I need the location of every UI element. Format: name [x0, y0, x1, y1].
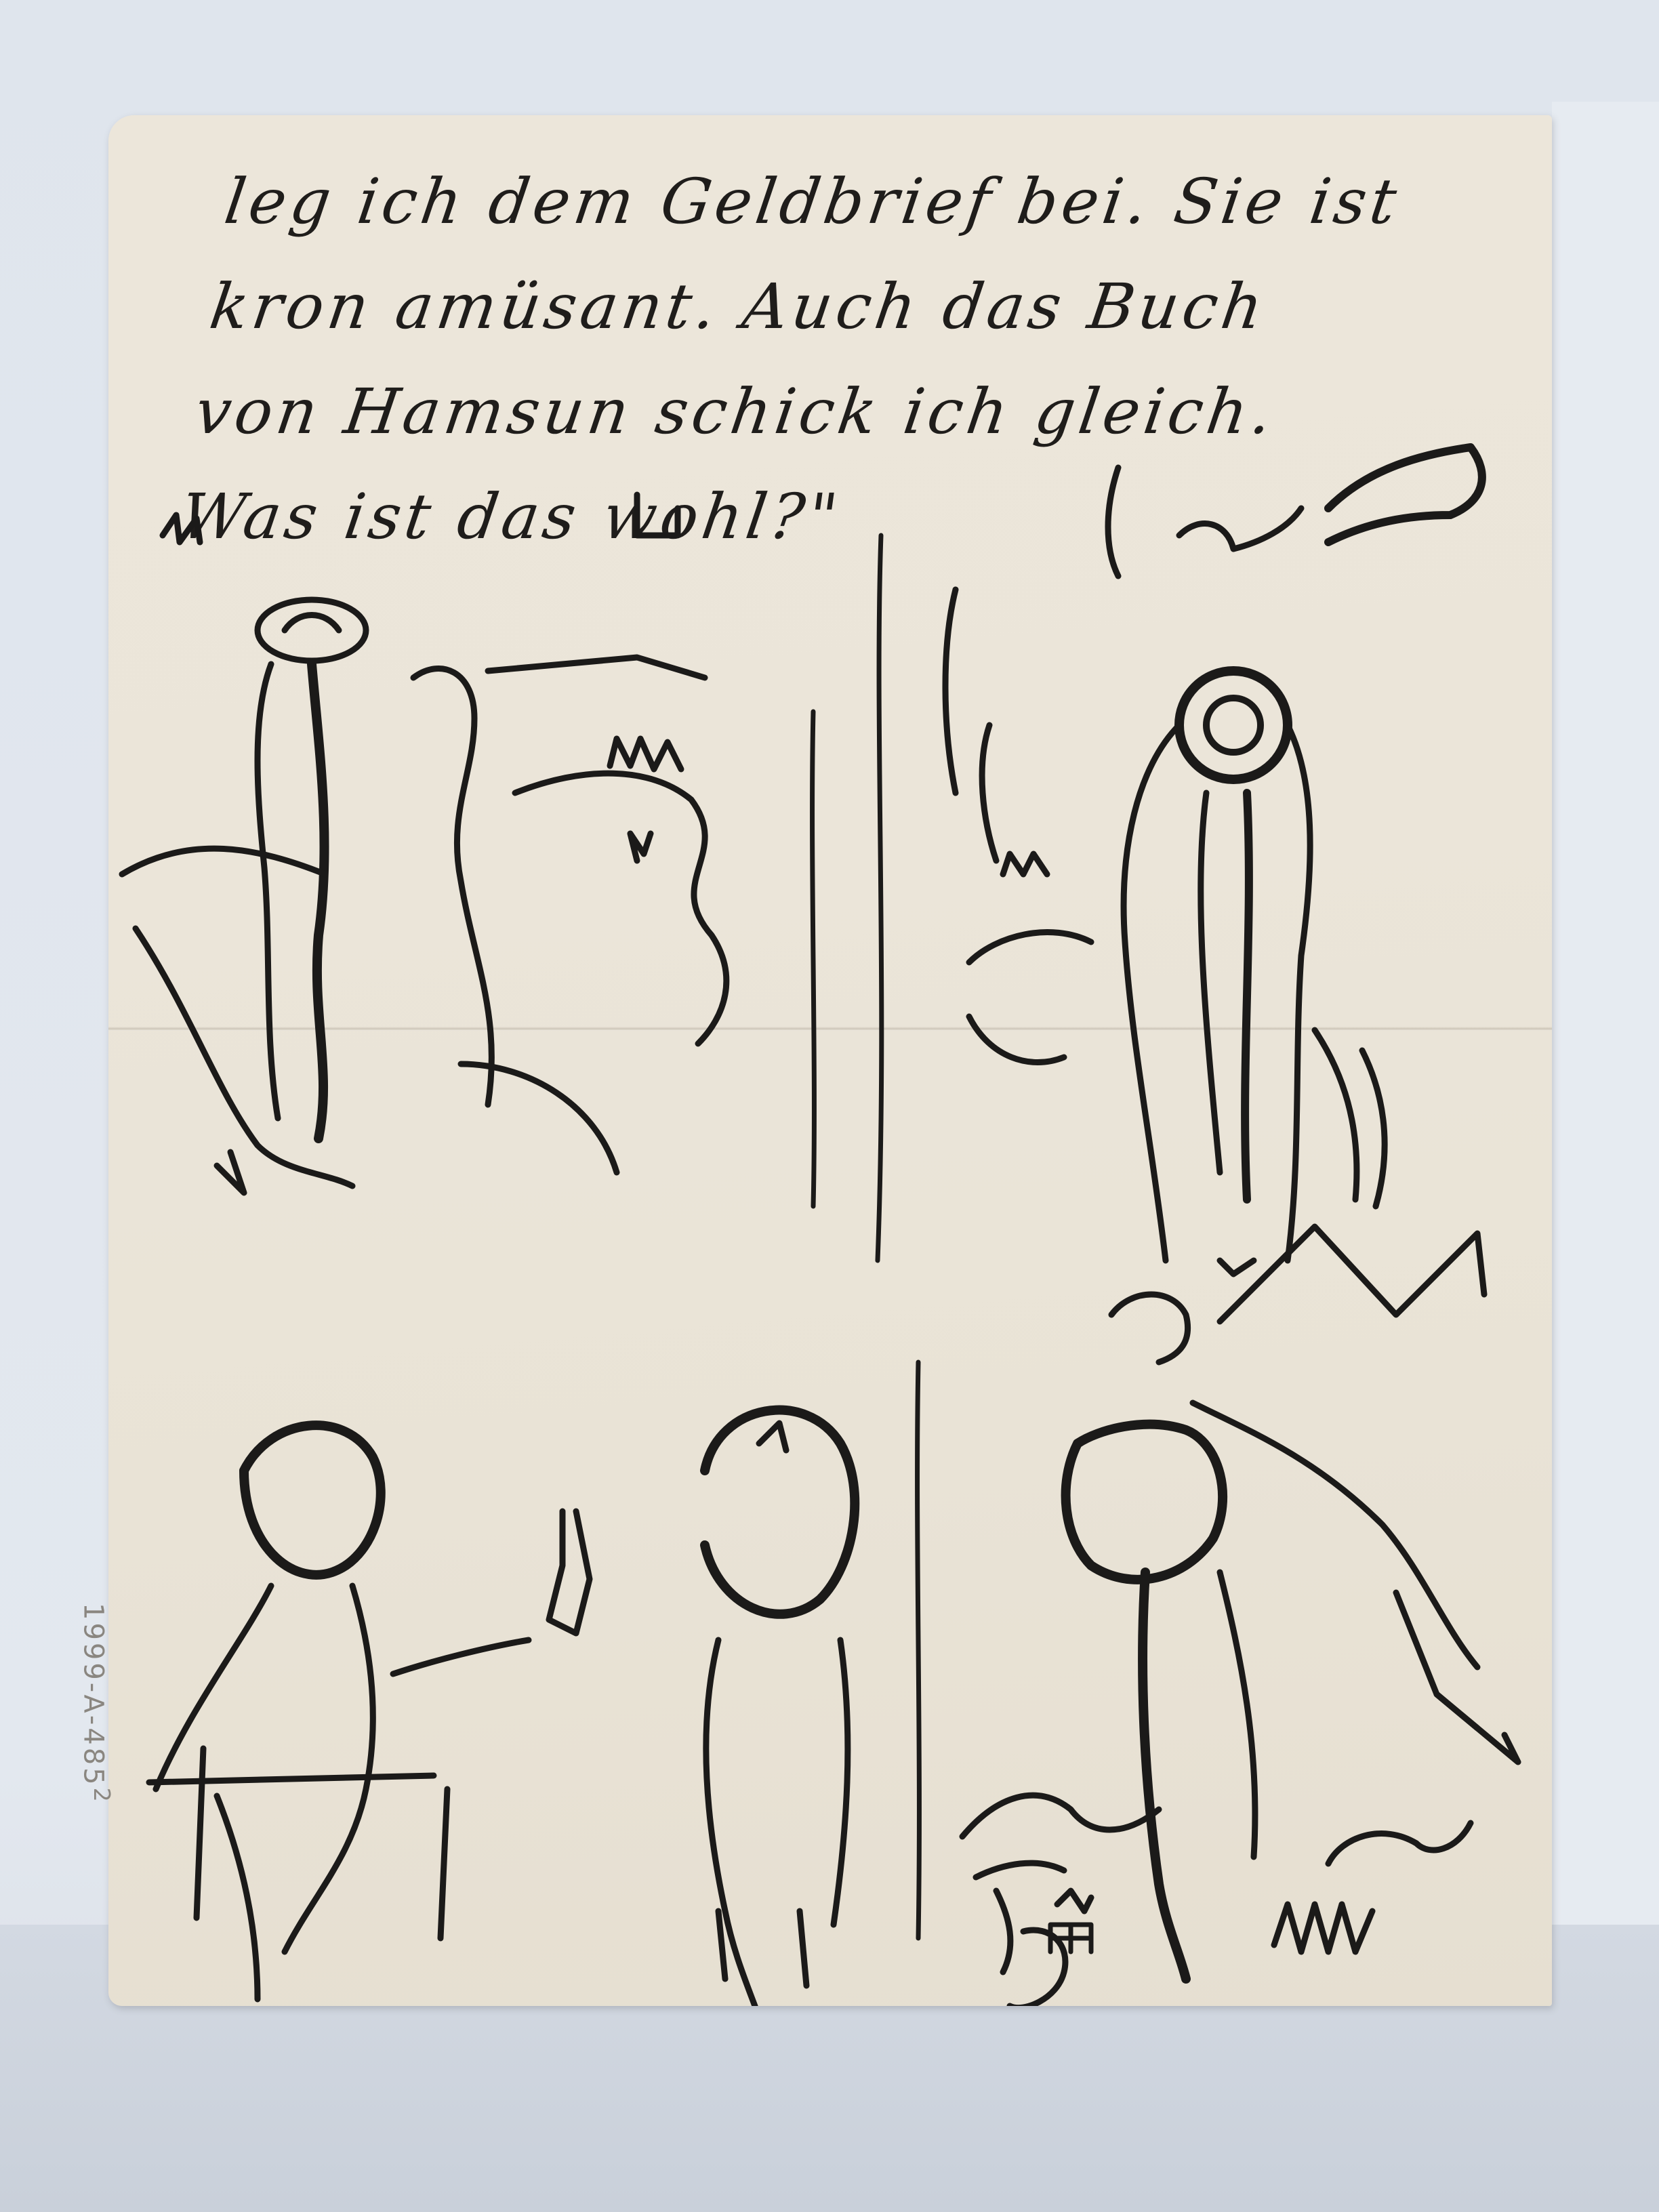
- monogram-fh: [1050, 1925, 1091, 1952]
- panel-divider-bottom: [918, 1362, 920, 1938]
- sketch-bottom-right: [962, 1227, 1518, 2006]
- background-sheet: [1552, 102, 1659, 1931]
- sketch-bottom-left: [149, 1410, 855, 2006]
- ink-sketches: [108, 115, 1552, 2006]
- panel-divider-top: [813, 535, 882, 1261]
- sketch-top-left: [122, 495, 726, 1193]
- letter-page: leg ich dem Geldbrief bei. Sie ist kron …: [108, 115, 1552, 2006]
- sketch-top-right: [945, 447, 1482, 1274]
- inventory-number: 1999-A-4852: [78, 1603, 115, 1805]
